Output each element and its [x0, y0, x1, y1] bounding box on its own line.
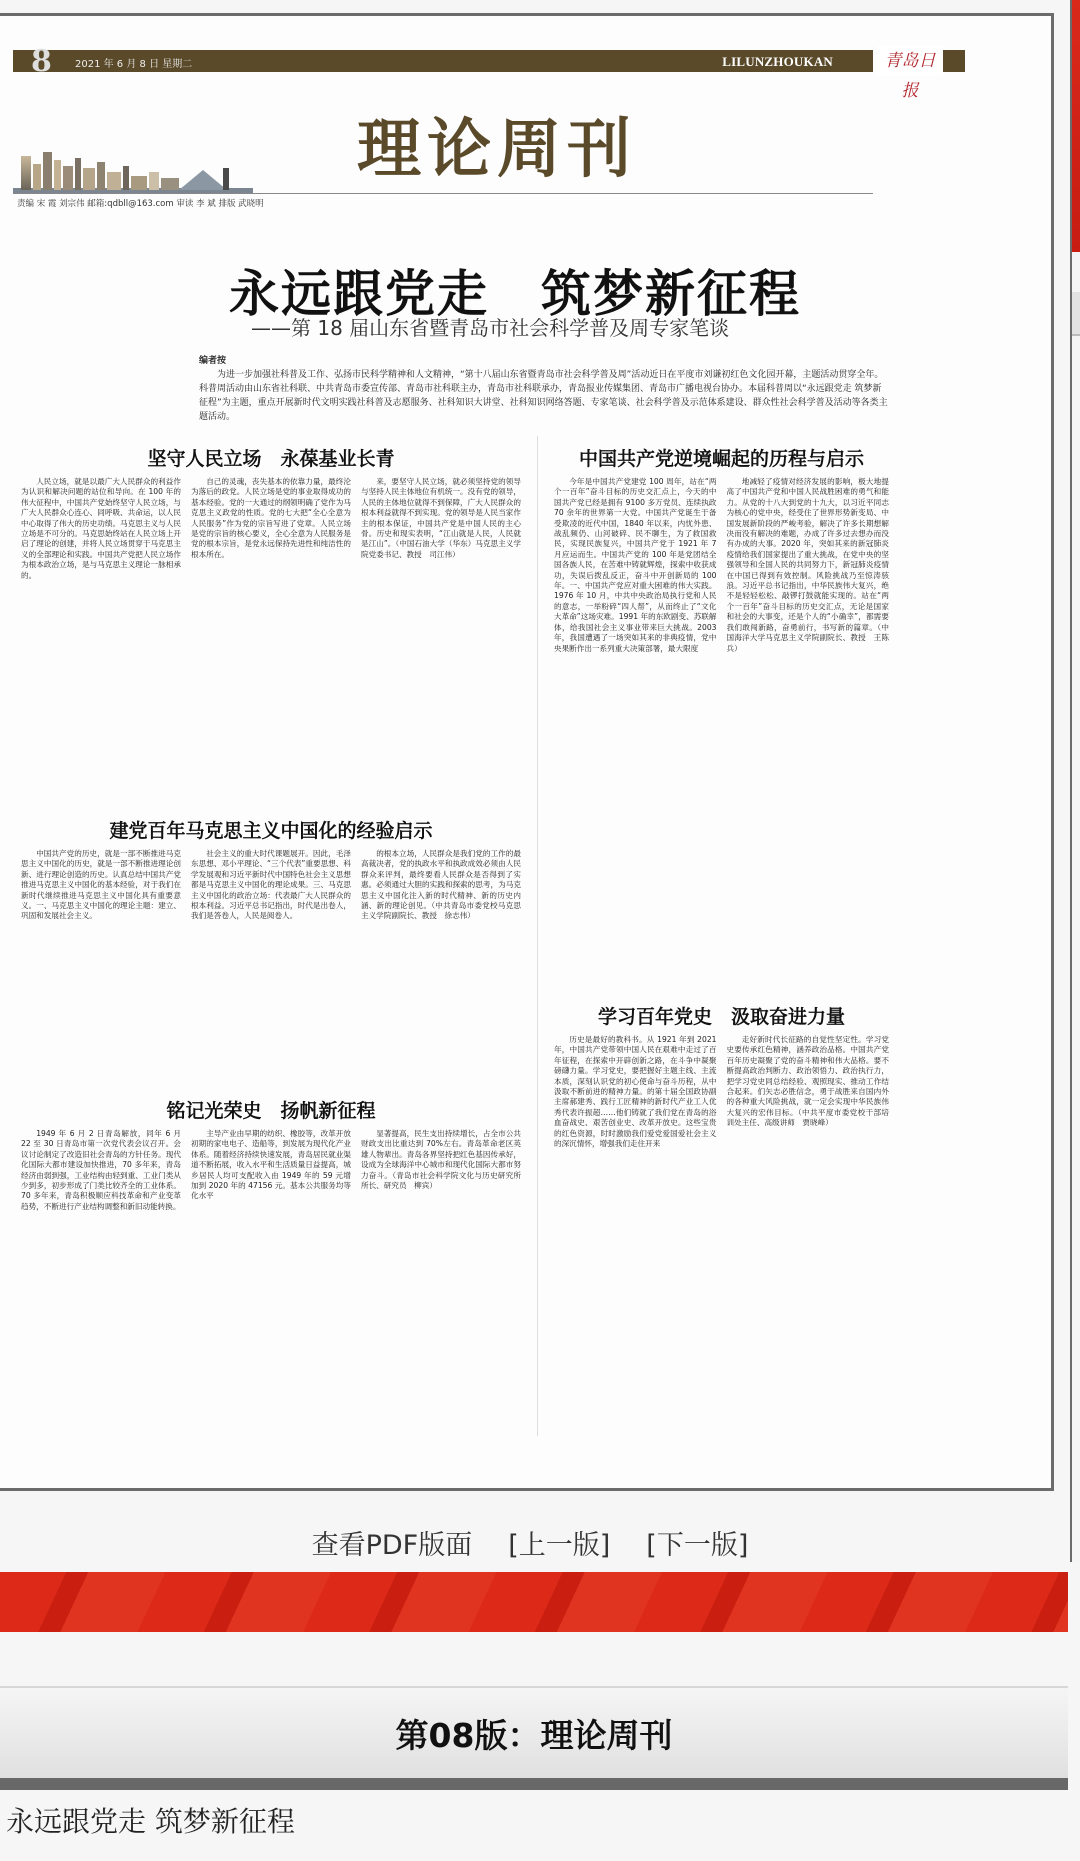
article-text: 自己的灵魂，丧失基本的依靠力量，最终沦为落后的政党。人民立场是党的事业取得成功的… — [191, 477, 351, 560]
article-title: 坚守人民立场 永葆基业长青 — [21, 444, 521, 471]
article-text: 人民立场，就是以最广大人民群众的利益作为认识和解决问题的站位和导向。在 100 … — [21, 477, 181, 581]
page-number: 8 — [31, 44, 52, 79]
article-list-item[interactable]: 永远跟党走 筑梦新征程 — [6, 1800, 295, 1840]
view-pdf-link[interactable]: 查看PDF版面 — [312, 1523, 473, 1562]
article-party-history-study[interactable]: 学习百年党史 汲取奋进力量 历史是最好的教科书。从 1921 年到 2021 年… — [554, 1002, 889, 1450]
issue-date: 2021 年 6 月 8 日 星期二 — [75, 55, 192, 70]
article-title: 铭记光荣史 扬帆新征程 — [21, 1096, 521, 1123]
masthead-rule — [13, 193, 873, 194]
masthead-tail — [943, 50, 965, 72]
article-text: 来，要坚守人民立场，就必须坚持党的领导与坚持人民主体地位有机统一。没有党的领导，… — [361, 477, 521, 560]
article-text: 社会主义的重大时代课题展开。因此，毛泽东思想、邓小平理论、“三个代表”重要思想、… — [191, 849, 351, 922]
editor-note-body: 为进一步加强社科普及工作、弘扬市民科学精神和人文精神，“第十八届山东省暨青岛市社… — [199, 368, 889, 424]
newspaper-logo: 青岛日报 — [877, 46, 943, 76]
section-pinyin: LILUNZHOUKAN — [722, 54, 833, 70]
article-glorious-history[interactable]: 铭记光荣史 扬帆新征程 1949 年 6 月 2 日青岛解放，同年 6 月 22… — [21, 1096, 521, 1429]
page-edition-title: 第08版：理论周刊 — [0, 1710, 1068, 1757]
section-title: 理论周刊 — [357, 98, 637, 190]
article-text: 今年是中国共产党建党 100 周年，站在“两个一百年”奋斗目标的历史交汇点上，今… — [554, 477, 717, 654]
article-text: 中国共产党的历史，就是一部不断推进马克思主义中国化的历史，就是一部不断推进理论创… — [21, 849, 181, 922]
column-divider — [537, 436, 538, 1436]
article-text: 的根本立场，人民群众是我们党的工作的最高裁决者，党的执政水平和执政成效必须由人民… — [361, 849, 521, 922]
article-text: 1949 年 6 月 2 日青岛解放，同年 6 月 22 至 30 日青岛市第一… — [21, 1129, 181, 1212]
page-header-bar: 第08版：理论周刊 — [0, 1686, 1068, 1778]
article-title: 建党百年马克思主义中国化的经验启示 — [21, 816, 521, 843]
article-marxism-sinicization[interactable]: 建党百年马克思主义中国化的经验启示 中国共产党的历史，就是一部不断推进马克思主义… — [21, 816, 521, 1069]
article-title: 学习百年党史 汲取奋进力量 — [554, 1002, 889, 1029]
sub-headline: ——第 18 届山东省暨青岛市社会科学普及周专家笔谈 — [251, 312, 729, 341]
editor-note: 编者按 为进一步加强社科普及工作、弘扬市民科学精神和人文精神，“第十八届山东省暨… — [199, 354, 889, 424]
editor-note-label: 编者按 — [199, 354, 889, 368]
masthead-bar: 8 2021 年 6 月 8 日 星期二 LILUNZHOUKAN — [13, 50, 873, 72]
article-people-stance[interactable]: 坚守人民立场 永葆基业长青 人民立场，就是以最广大人民群众的利益作为认识和解决问… — [21, 444, 521, 747]
city-skyline-image — [13, 148, 253, 194]
article-text: 主导产业由早期的纺织、橡胶等，改革开放初期的家电电子、造船等，到发展为现代化产业… — [191, 1129, 351, 1202]
article-rise-from-adversity[interactable]: 中国共产党逆境崛起的历程与启示 今年是中国共产党建党 100 周年，站在“两个一… — [554, 444, 889, 992]
next-panel-edge — [1070, 252, 1080, 1562]
epaper-viewport: 8 2021 年 6 月 8 日 星期二 LILUNZHOUKAN 青岛日报 理… — [0, 0, 1080, 1861]
article-text: 地减轻了疫情对经济发展的影响，极大地提高了中国共产党和中国人民战胜困难的勇气和能… — [727, 477, 890, 654]
newspaper-page-image[interactable]: 8 2021 年 6 月 8 日 星期二 LILUNZHOUKAN 青岛日报 理… — [0, 13, 1054, 1491]
next-panel-banner-edge — [1070, 0, 1080, 252]
next-page-link[interactable]: [下一版] — [646, 1523, 748, 1562]
article-text: 走好新时代长征路的自觉性坚定性。学习党史要传承红色精神，涵养政治品格。中国共产党… — [727, 1035, 890, 1129]
article-text: 历史是最好的教科书。从 1921 年到 2021 年，中国共产党带领中国人民在艰… — [554, 1035, 717, 1149]
article-text: 显著提高，民生支出持续增长，占全市公共财政支出比重达到 70%左右。青岛革命老区… — [361, 1129, 521, 1191]
article-title: 中国共产党逆境崛起的历程与启示 — [554, 444, 889, 471]
editor-credits: 责编 宋 霞 刘宗伟 邮箱:qdbll@163.com 审读 李 斌 排版 武晓… — [17, 197, 264, 209]
header-divider — [0, 1778, 1068, 1790]
prev-page-link[interactable]: [上一版] — [508, 1523, 610, 1562]
red-decorative-banner — [0, 1572, 1068, 1632]
